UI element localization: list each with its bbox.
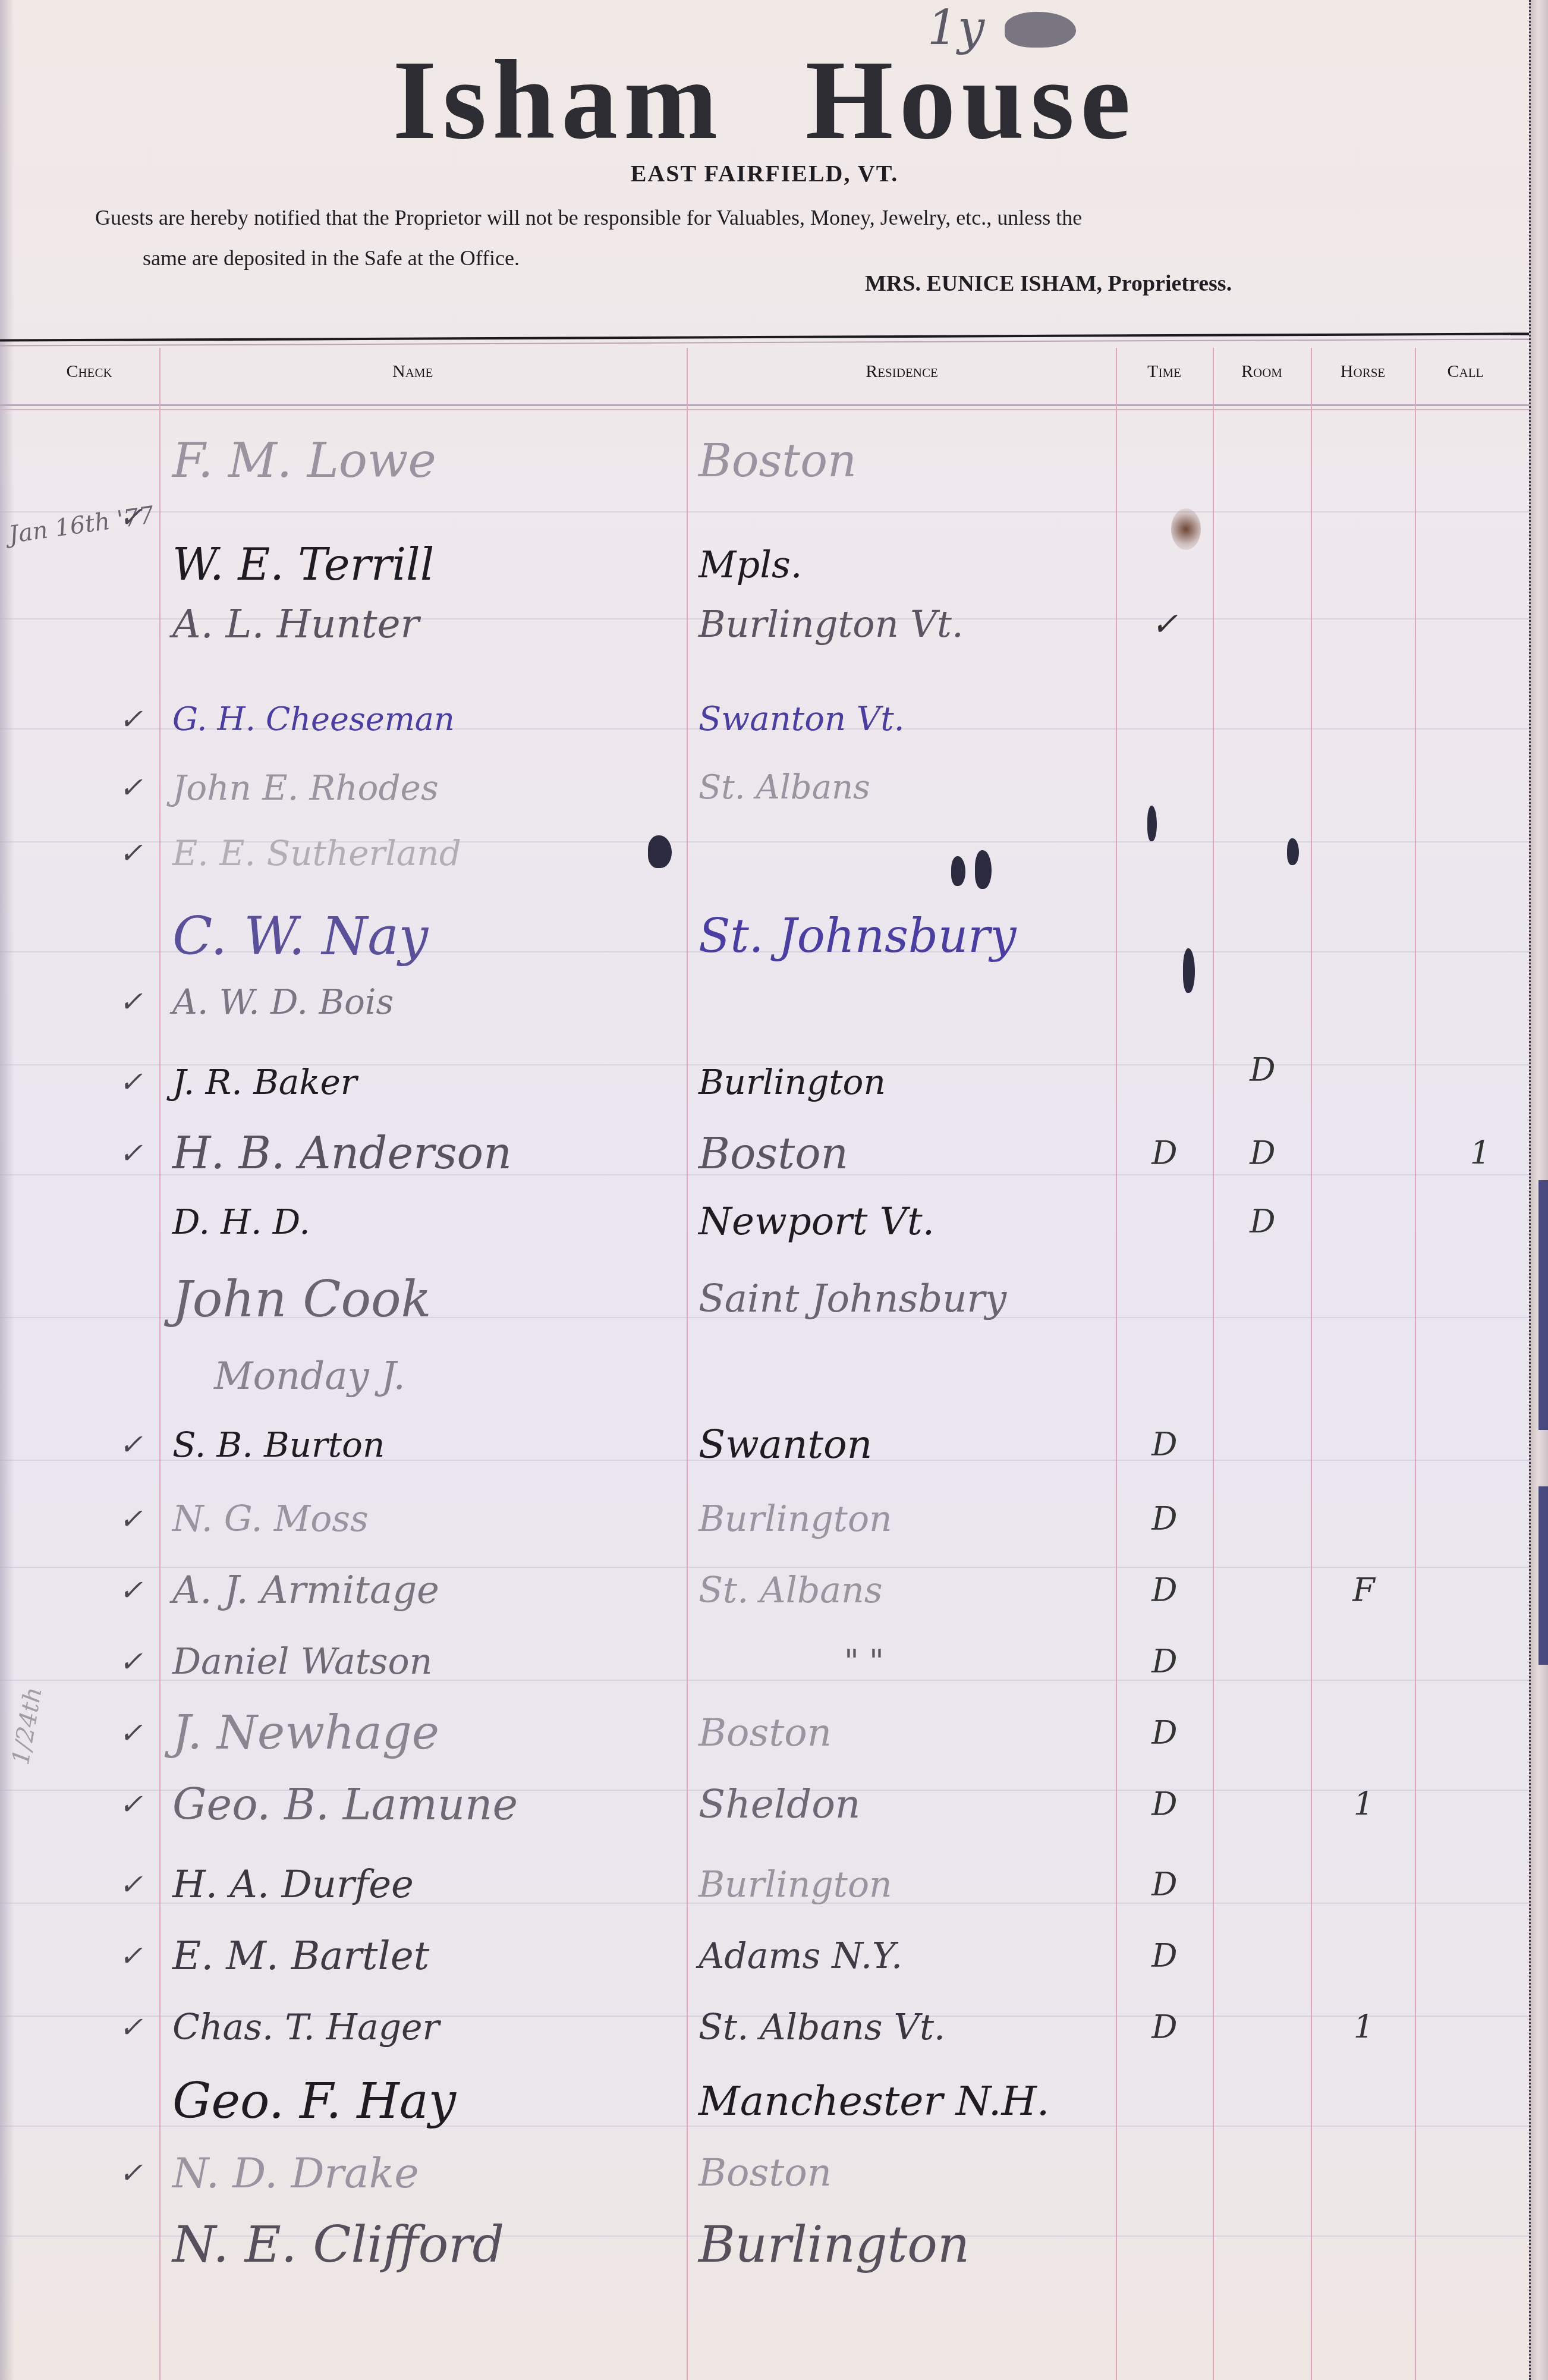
register-entry: ✓ Geo. B. Lamune Sheldon D 1 xyxy=(0,1778,1529,1831)
entry-residence: Burlington xyxy=(699,1858,1115,1911)
entry-time: ✓ xyxy=(1118,598,1212,651)
binding-stain xyxy=(1538,1180,1548,1430)
entry-check: ✓ xyxy=(107,491,155,544)
entry-time: D xyxy=(1118,1778,1212,1831)
column-header-name: Name xyxy=(161,361,696,382)
entry-check xyxy=(107,434,155,488)
register-entry: ✓ Chas. T. Hager St. Albans Vt. D 1 xyxy=(0,2001,1529,2054)
column-header-check: Check xyxy=(24,361,155,382)
entry-check: ✓ xyxy=(107,1418,155,1472)
register-entry: ✓ H. B. Anderson Boston D D 1 xyxy=(0,1127,1529,1180)
entry-residence: Boston xyxy=(699,1706,1115,1760)
entry-check: ✓ xyxy=(107,1635,155,1689)
entry-name: J. R. Baker xyxy=(172,1055,684,1109)
entry-name: John Cook xyxy=(172,1272,684,1326)
entry-horse: 1 xyxy=(1314,2001,1414,2054)
entry-name: Daniel Watson xyxy=(172,1635,684,1689)
column-header-rule xyxy=(0,404,1529,406)
entry-name: Monday J. xyxy=(214,1350,725,1403)
entry-time: D xyxy=(1118,1564,1212,1617)
entry-name: H. B. Anderson xyxy=(172,1127,684,1180)
register-entry: ✓ Daniel Watson " " D xyxy=(0,1635,1529,1689)
register-entry: Geo. F. Hay Manchester N.H. xyxy=(0,2075,1529,2129)
register-page: 1y Isham House EAST FAIRFIELD, VT. Guest… xyxy=(0,0,1529,2380)
register-entry: N. E. Clifford Burlington xyxy=(0,2218,1529,2271)
register-entry: ✓ N. D. Drake Boston xyxy=(0,2146,1529,2200)
entry-residence: Burlington xyxy=(699,2218,1115,2271)
binding-stain xyxy=(1538,1486,1548,1665)
entry-check: ✓ xyxy=(107,2146,155,2200)
entry-name: H. A. Durfee xyxy=(172,1858,684,1911)
column-header-residence: Residence xyxy=(688,361,1116,382)
column-header-rule-secondary xyxy=(0,409,1529,410)
column-header-call: Call xyxy=(1415,361,1516,382)
entry-residence: Boston xyxy=(699,434,1115,488)
entry-check: ✓ xyxy=(107,1929,155,1983)
entry-residence: Swanton Vt. xyxy=(699,693,1115,746)
hotel-title: Isham House xyxy=(0,36,1529,165)
proprietress: MRS. EUNICE ISHAM, Proprietress. xyxy=(865,271,1232,297)
entry-check: ✓ xyxy=(107,693,155,746)
entry-time: D xyxy=(1118,1127,1212,1180)
column-header-time: Time xyxy=(1116,361,1213,382)
entry-name: D. H. D. xyxy=(172,1195,684,1249)
entry-residence: Burlington xyxy=(699,1492,1115,1546)
entry-check: ✓ xyxy=(107,975,155,1029)
register-entry: ✓ John E. Rhodes St. Albans xyxy=(0,761,1529,815)
register-entry: ✓ S. B. Burton Swanton D xyxy=(0,1418,1529,1472)
column-header-room: Room xyxy=(1213,361,1311,382)
entry-name: Chas. T. Hager xyxy=(172,2001,684,2054)
entry-residence: Swanton xyxy=(699,1418,1115,1472)
entry-room: D xyxy=(1216,1195,1310,1249)
register-entry: ✓ H. A. Durfee Burlington D xyxy=(0,1858,1529,1911)
entry-time: D xyxy=(1118,2001,1212,2054)
entry-name: A. J. Armitage xyxy=(172,1564,684,1617)
entry-room: D xyxy=(1216,1127,1310,1180)
entry-residence: St. Albans xyxy=(699,761,1115,815)
entry-residence: Sheldon xyxy=(699,1778,1115,1831)
register-entry: ✓ G. H. Cheeseman Swanton Vt. xyxy=(0,693,1529,746)
register-entry: ✓ A. J. Armitage St. Albans D F xyxy=(0,1564,1529,1617)
entry-time: D xyxy=(1118,1929,1212,1983)
register-entry: ✓ E. E. Sutherland xyxy=(0,826,1529,880)
register-entry: ✓ A. W. D. Bois xyxy=(0,975,1529,1029)
entry-name: J. Newhage xyxy=(172,1706,684,1760)
entry-name: F. M. Lowe xyxy=(172,434,684,488)
entry-name: Geo. F. Hay xyxy=(172,2075,684,2129)
entry-name: C. W. Nay xyxy=(172,910,684,963)
entry-check: ✓ xyxy=(107,1055,155,1109)
register-entry: D. H. D. Newport Vt. D xyxy=(0,1195,1529,1249)
entry-time: D xyxy=(1118,1418,1212,1472)
entry-name: E. E. Sutherland xyxy=(172,826,684,880)
entry-time: D xyxy=(1118,1492,1212,1546)
register-entry: C. W. Nay St. Johnsbury xyxy=(0,910,1529,963)
entry-check: ✓ xyxy=(107,1564,155,1617)
entry-time: D xyxy=(1118,1706,1212,1760)
entry-check: ✓ xyxy=(107,1706,155,1760)
row-rule xyxy=(0,511,1529,513)
entry-residence: Boston xyxy=(699,1127,1115,1180)
entry-residence: St. Johnsbury xyxy=(699,910,1115,963)
register-entry: Monday J. xyxy=(0,1350,1529,1403)
register-entry: ✓ E. M. Bartlet Adams N.Y. D xyxy=(0,1929,1529,1983)
entry-horse: 1 xyxy=(1314,1778,1414,1831)
entry-name: A. L. Hunter xyxy=(172,598,684,651)
register-entry: ✓ J. R. Baker Burlington D xyxy=(0,1055,1529,1109)
entry-check: ✓ xyxy=(107,2001,155,2054)
entry-check: ✓ xyxy=(107,1127,155,1180)
entry-residence: Manchester N.H. xyxy=(699,2075,1115,2129)
hotel-location: EAST FAIRFIELD, VT. xyxy=(0,159,1529,187)
entry-check: ✓ xyxy=(107,826,155,880)
register-entry: ✓ N. G. Moss Burlington D xyxy=(0,1492,1529,1546)
entry-name: S. B. Burton xyxy=(172,1418,684,1472)
entry-residence: Mpls. xyxy=(699,538,1115,592)
entry-residence: St. Albans Vt. xyxy=(699,2001,1115,2054)
notice-line-2: same are deposited in the Safe at the Of… xyxy=(143,246,520,271)
entry-residence: St. Albans xyxy=(699,1564,1115,1617)
entry-residence: Adams N.Y. xyxy=(699,1929,1115,1983)
notice-line-1: Guests are hereby notified that the Prop… xyxy=(95,205,1451,231)
register-entry: ✓ W. E. Terrill Mpls. xyxy=(0,538,1529,592)
entry-name: Geo. B. Lamune xyxy=(172,1778,684,1831)
entry-time: D xyxy=(1118,1635,1212,1689)
entry-name: N. D. Drake xyxy=(172,2146,684,2200)
entry-residence: Saint Johnsbury xyxy=(699,1272,1115,1326)
entry-name: N. E. Clifford xyxy=(172,2218,684,2271)
register-entry: ✓ J. Newhage Boston D xyxy=(0,1706,1529,1760)
entry-check: ✓ xyxy=(107,1778,155,1831)
register-entry: John Cook Saint Johnsbury xyxy=(0,1272,1529,1326)
entry-residence: Boston xyxy=(699,2146,1115,2200)
entry-call: 1 xyxy=(1427,1127,1529,1180)
entry-check: ✓ xyxy=(107,761,155,815)
entry-name: N. G. Moss xyxy=(172,1492,684,1546)
entry-check: ✓ xyxy=(107,1492,155,1546)
entry-name: W. E. Terrill xyxy=(172,538,684,592)
column-header-horse: Horse xyxy=(1311,361,1415,382)
entry-residence: Newport Vt. xyxy=(699,1195,1115,1249)
entry-residence: Burlington Vt. xyxy=(699,598,1115,651)
entry-horse: F xyxy=(1314,1564,1414,1617)
entry-check: ✓ xyxy=(107,1858,155,1911)
entry-name: A. W. D. Bois xyxy=(172,975,684,1029)
register-entry: F. M. Lowe Boston xyxy=(0,434,1529,488)
register-entry: A. L. Hunter Burlington Vt. ✓ xyxy=(0,598,1529,651)
entry-room: D xyxy=(1216,1043,1310,1097)
entry-name: G. H. Cheeseman xyxy=(172,693,684,746)
entry-time: D xyxy=(1118,1858,1212,1911)
entry-name: E. M. Bartlet xyxy=(172,1929,684,1983)
entry-name: John E. Rhodes xyxy=(172,761,684,815)
entry-residence: Burlington xyxy=(699,1055,1115,1109)
